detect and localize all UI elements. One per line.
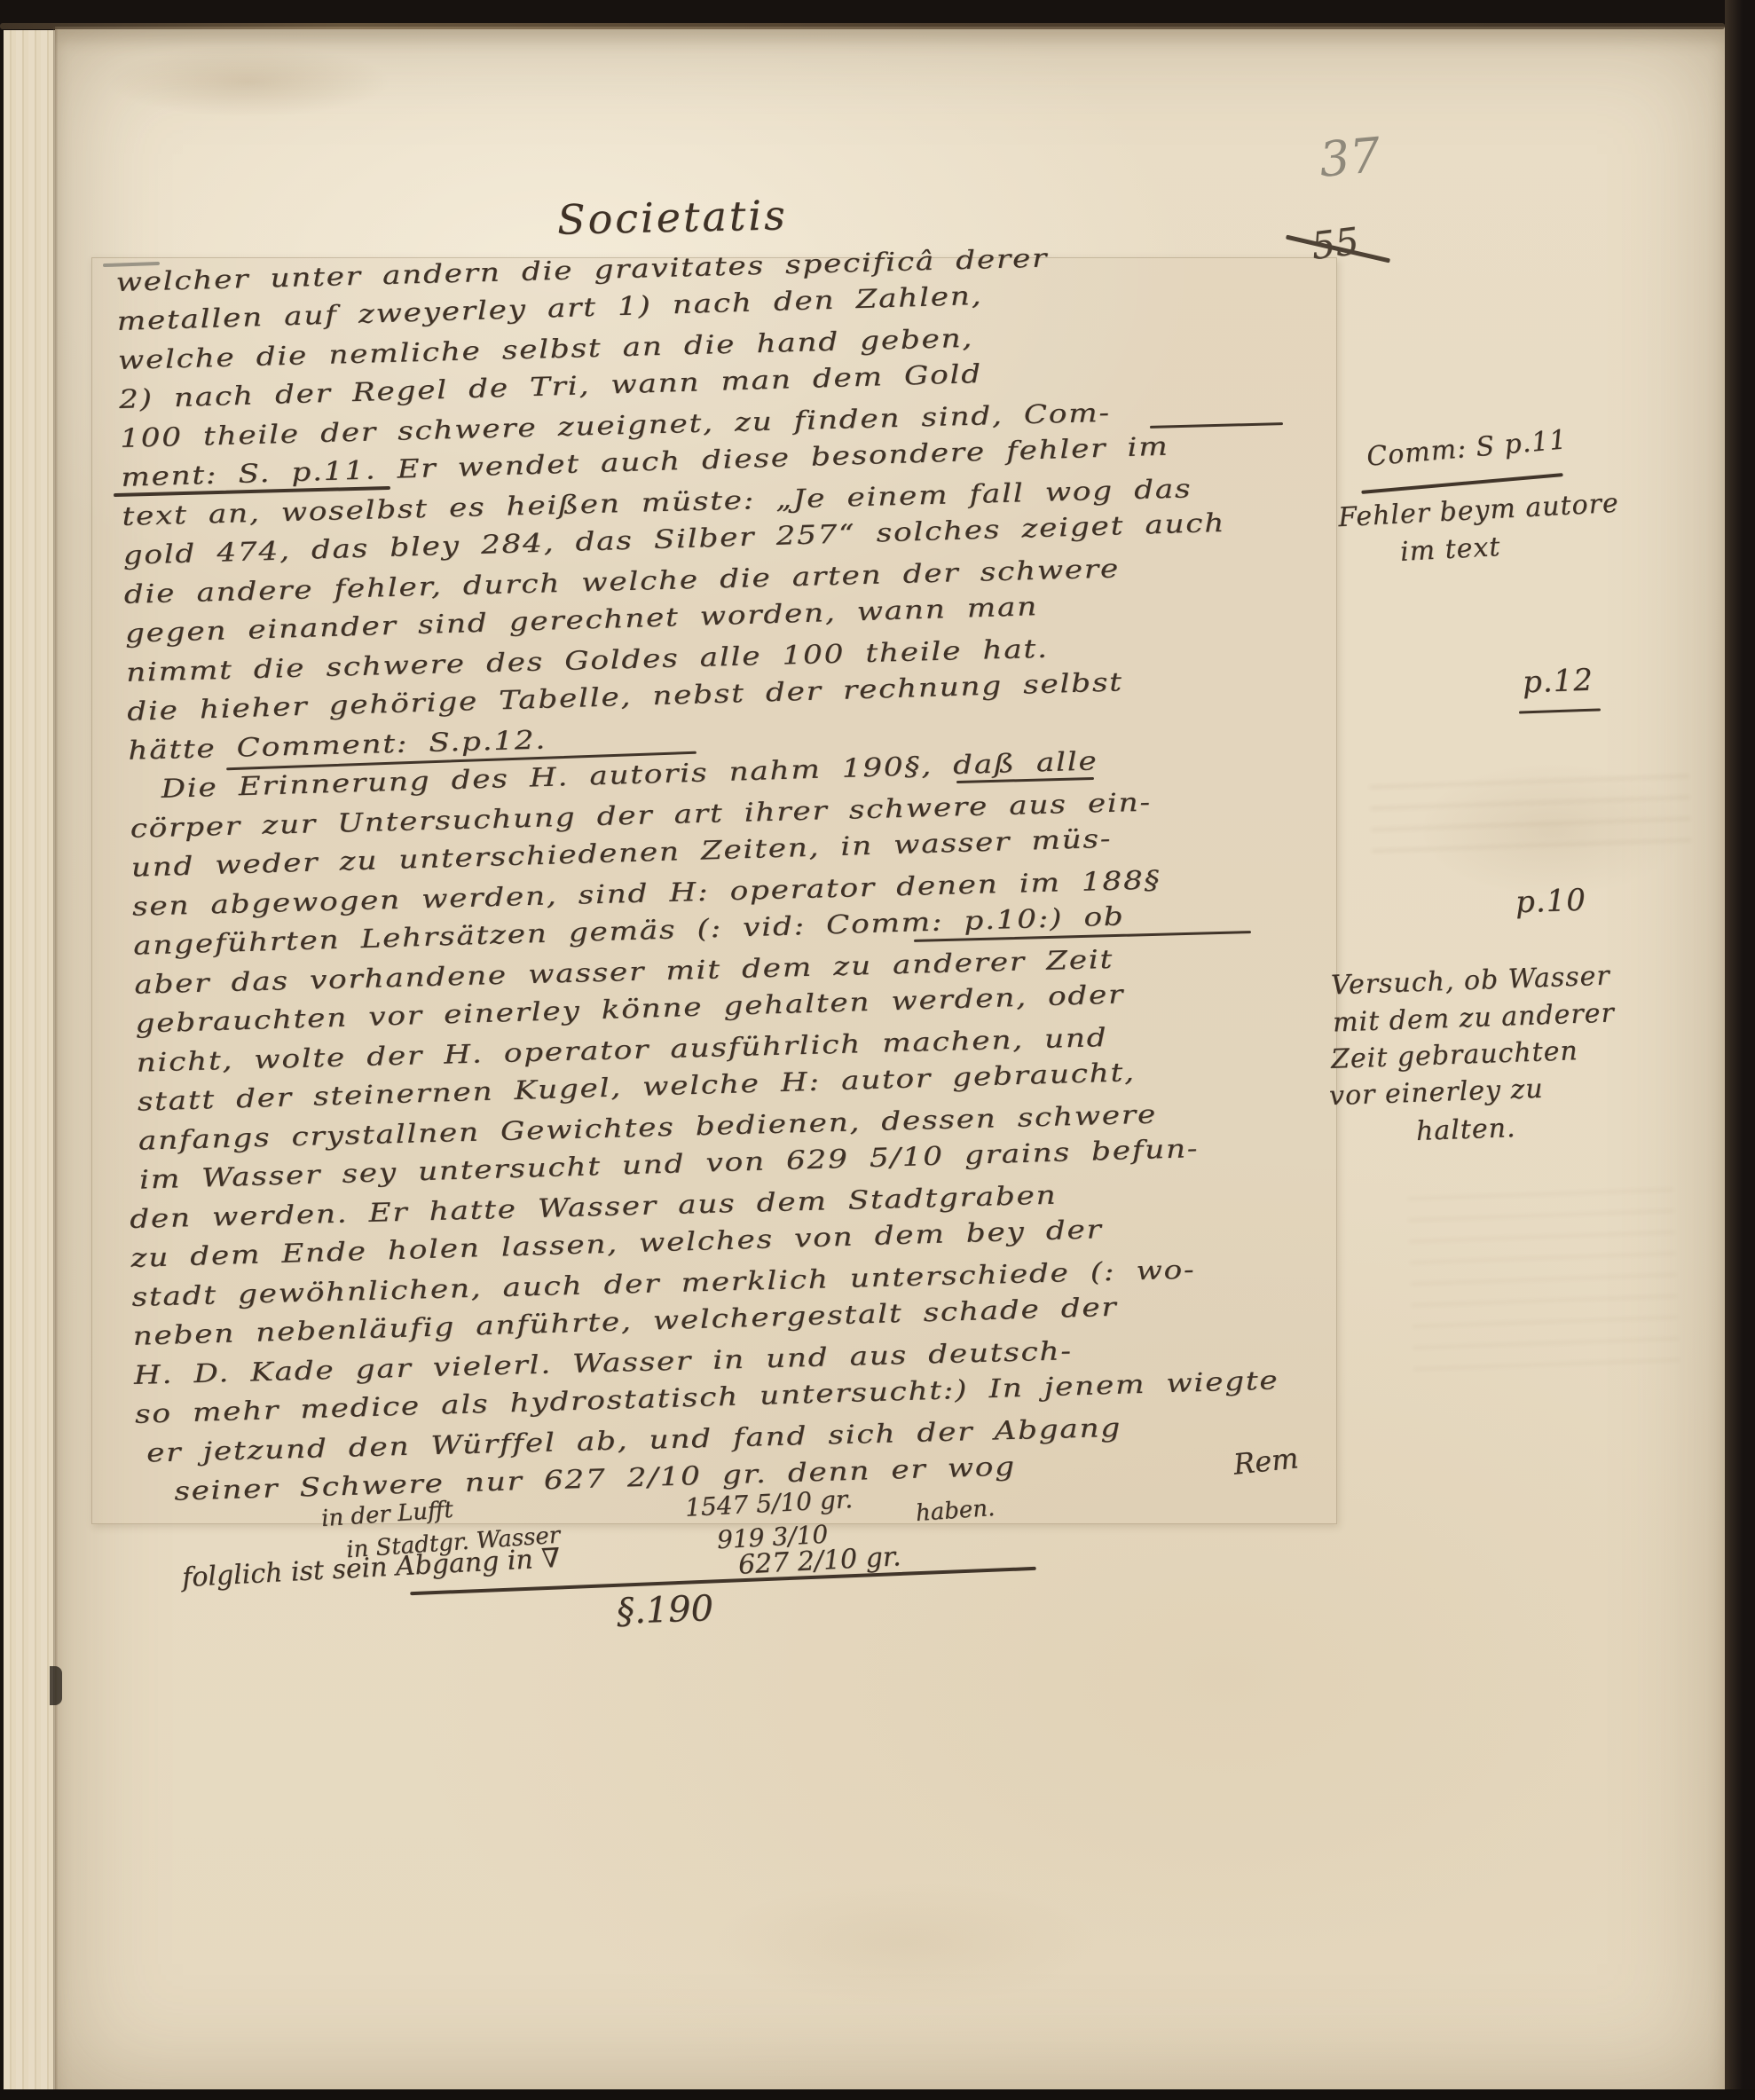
- catchword: Rem: [1232, 1441, 1300, 1481]
- page-top-edge: [0, 23, 1725, 29]
- manuscript-scan: Societatis 37 55 welcher unter andern di…: [0, 0, 1755, 2100]
- book-edge-bottom: [0, 2089, 1755, 2100]
- edge-notch: [50, 1666, 62, 1705]
- running-title: Societatis: [556, 191, 788, 243]
- book-edge-right: [1725, 0, 1755, 2100]
- margin-note-versuch-line5: halten.: [1415, 1113, 1516, 1147]
- gutter-crease: [53, 27, 58, 2092]
- margin-note-fehler-line2: im text: [1399, 531, 1501, 568]
- calc-row1-note: haben.: [915, 1495, 996, 1527]
- section-mark: §.190: [616, 1588, 714, 1632]
- margin-note-p10: p.10: [1515, 883, 1586, 921]
- main-text-block: welcher unter andern die gravitates spec…: [115, 230, 1407, 1512]
- folio-number-pencil: 37: [1317, 127, 1382, 188]
- margin-note-p12: p.12: [1522, 663, 1594, 701]
- book-fore-edge: [4, 30, 57, 2092]
